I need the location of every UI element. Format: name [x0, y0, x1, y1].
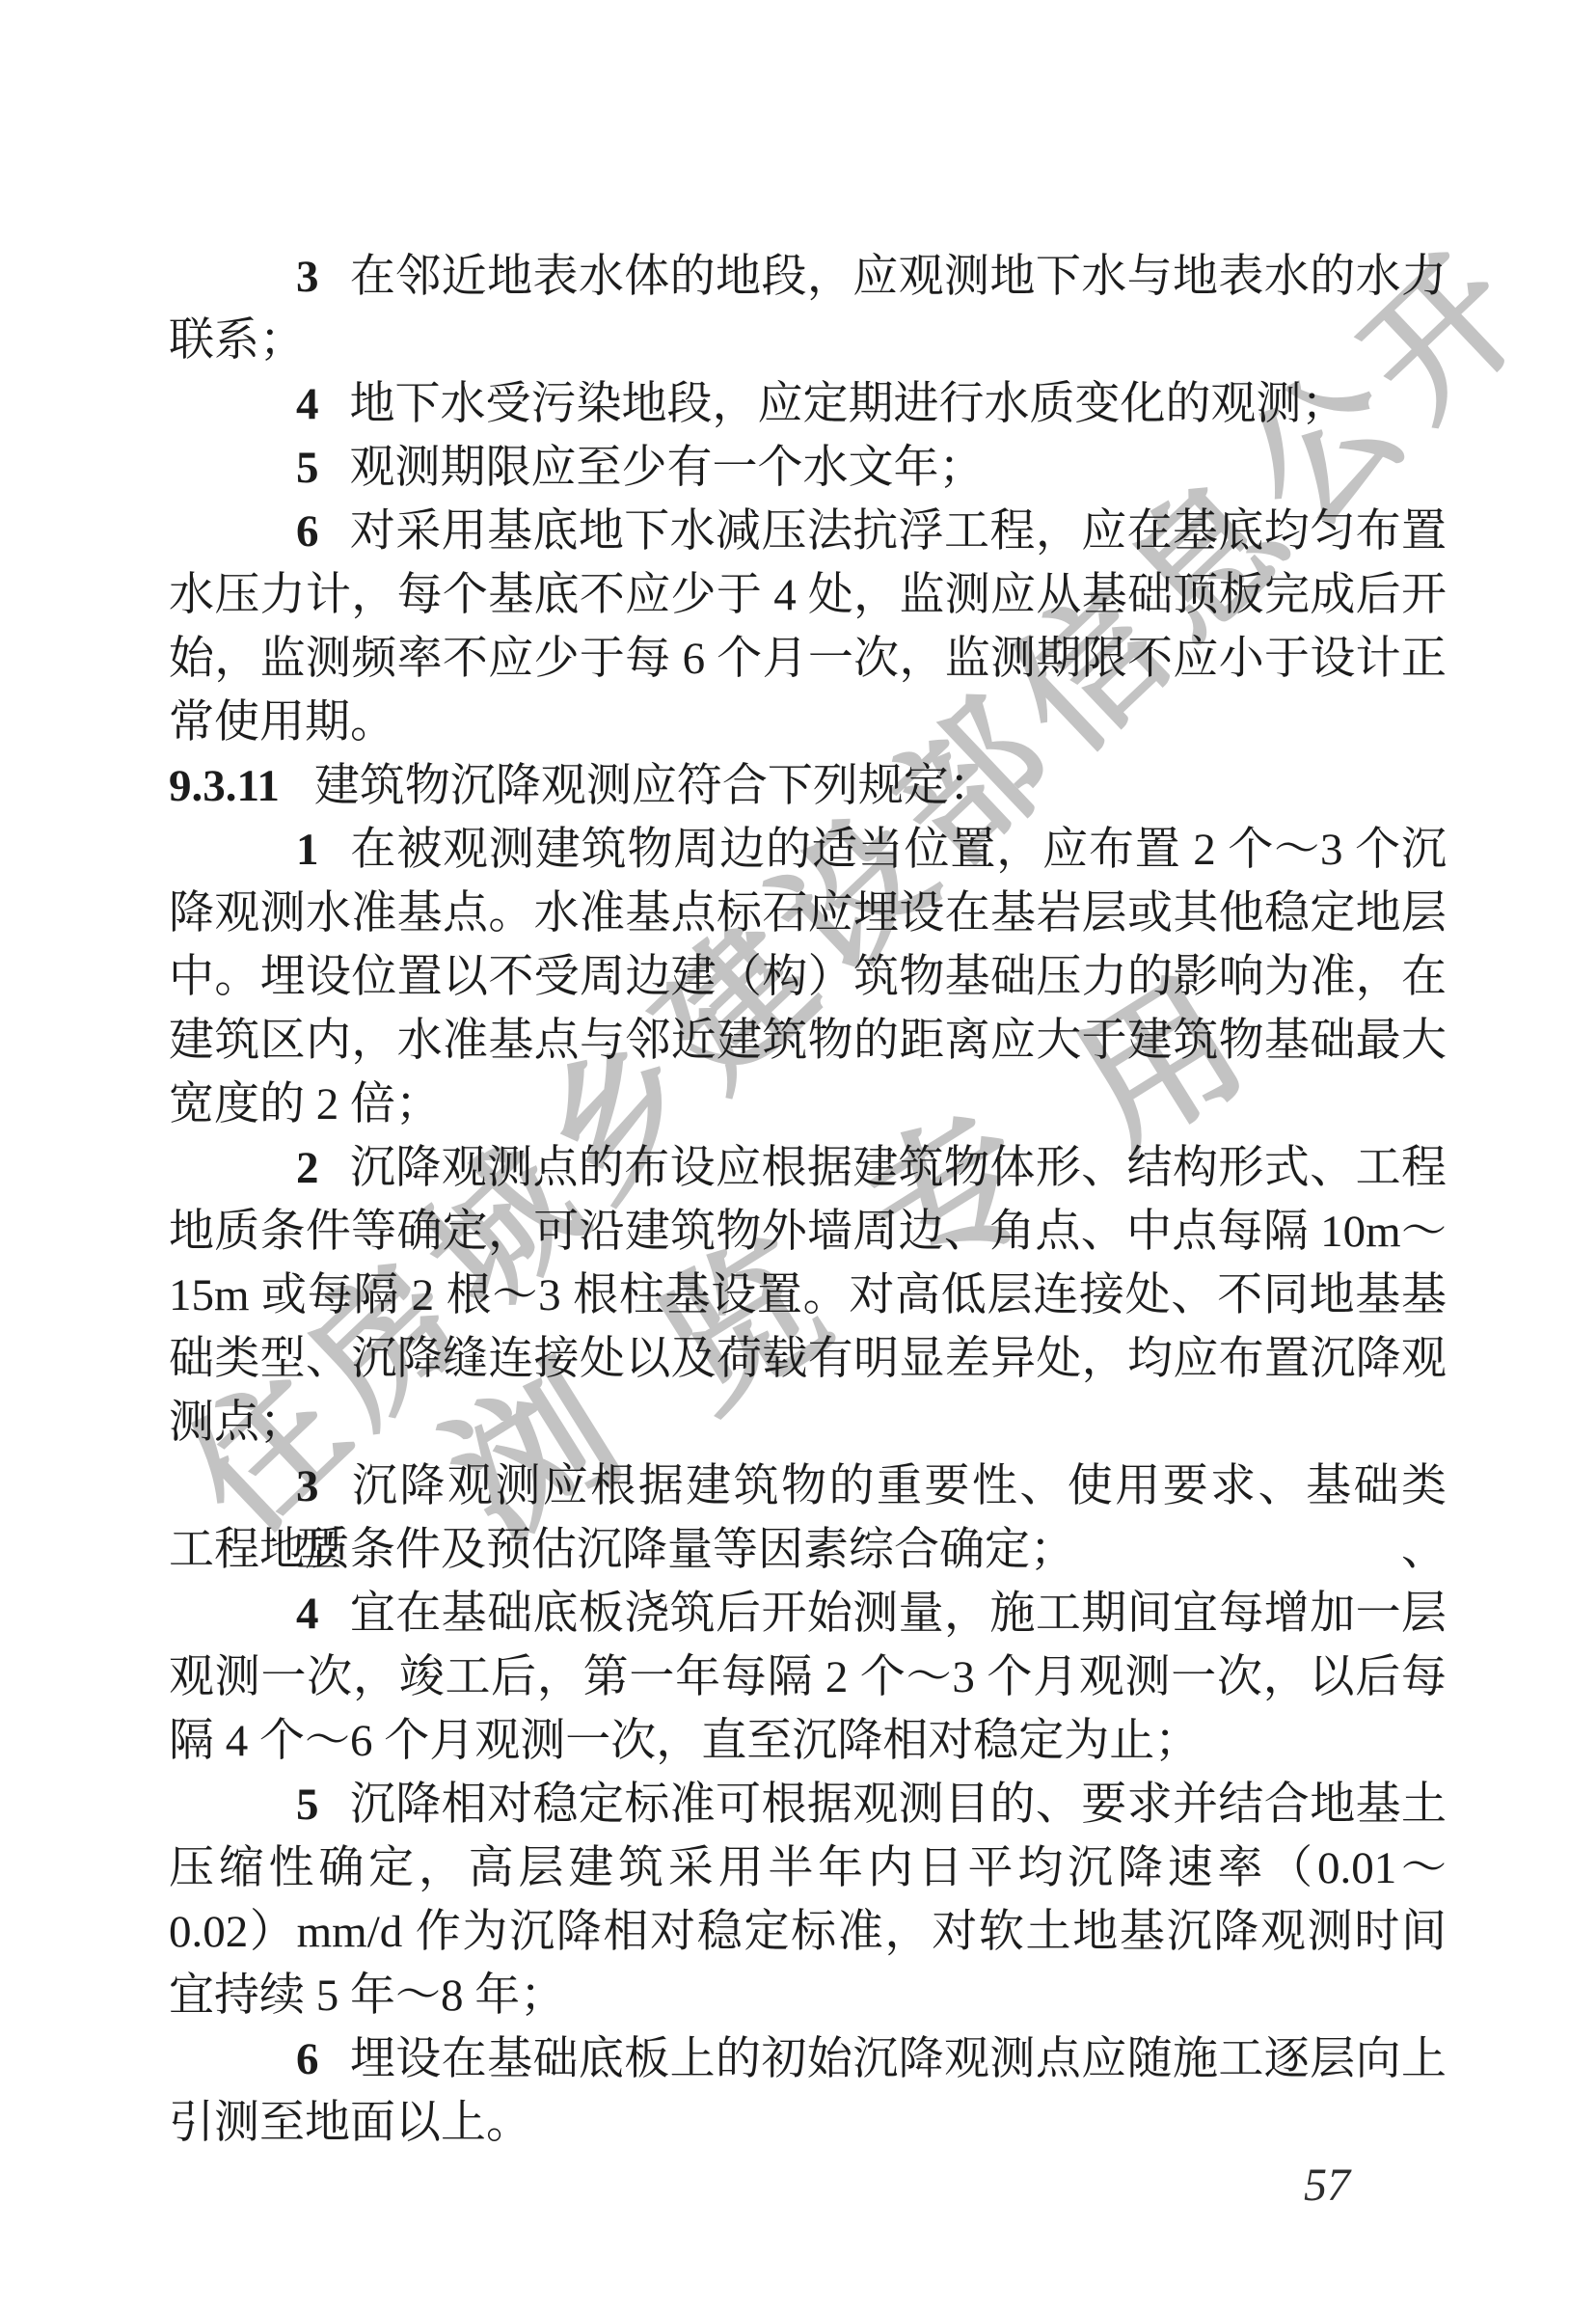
item-number: 2 — [296, 1143, 319, 1193]
item-number: 4 — [296, 379, 319, 429]
line-text: 在邻近地表水体的地段，应观测地下水与地表水的水力 — [350, 252, 1447, 302]
document-page: 住房城乡建设部信息公开 浏览专用 3在邻近地表水体的地段，应观测地下水与地表水的… — [0, 0, 1596, 2311]
line-text: 中。埋设位置以不受周边建（构）筑物基础压力的影响为准，在 — [169, 952, 1447, 1002]
line-text: 水压力计，每个基底不应少于 4 处，监测应从基础顶板完成后开 — [169, 570, 1447, 620]
text-line: 3在邻近地表水体的地段，应观测地下水与地表水的水力 — [169, 245, 1447, 309]
text-line: 3沉降观测应根据建筑物的重要性、使用要求、基础类型、 — [169, 1455, 1447, 1518]
line-text: 观测期限应至少有一个水文年； — [350, 443, 985, 493]
text-line: 9.3.11建筑物沉降观测应符合下列规定： — [169, 754, 1447, 818]
text-line: 测点； — [169, 1391, 1447, 1455]
line-text: 宜持续 5 年～8 年； — [169, 1971, 565, 2021]
line-text: 隔 4 个～6 个月观测一次，直至沉降相对稳定为止； — [169, 1716, 1200, 1766]
line-text: 埋设在基础底板上的初始沉降观测点应随施工逐层向上 — [350, 2034, 1447, 2084]
text-line: 地质条件等确定，可沿建筑物外墙周边、角点、中点每隔 10m～ — [169, 1200, 1447, 1264]
item-number: 6 — [296, 2034, 319, 2084]
clause-number: 9.3.11 — [169, 761, 280, 811]
text-line: 宜持续 5 年～8 年； — [169, 1964, 1447, 2027]
text-line: 础类型、沉降缝连接处以及荷载有明显差异处，均应布置沉降观 — [169, 1327, 1447, 1391]
text-line: 引测至地面以上。 — [169, 2091, 1447, 2155]
line-text: 引测至地面以上。 — [169, 2098, 531, 2148]
line-text: 0.02）mm/d 作为沉降相对稳定标准，对软土地基沉降观测时间 — [169, 1907, 1447, 1957]
text-line: 1在被观测建筑物周边的适当位置，应布置 2 个～3 个沉 — [169, 818, 1447, 882]
text-line: 5沉降相对稳定标准可根据观测目的、要求并结合地基土 — [169, 1773, 1447, 1836]
line-text: 础类型、沉降缝连接处以及荷载有明显差异处，均应布置沉降观 — [169, 1334, 1447, 1384]
item-number: 6 — [296, 506, 319, 557]
text-line: 6埋设在基础底板上的初始沉降观测点应随施工逐层向上 — [169, 2027, 1447, 2091]
line-text: 建筑物沉降观测应符合下列规定： — [314, 761, 994, 811]
line-text: 工程地质条件及预估沉降量等因素综合确定； — [169, 1525, 1075, 1575]
text-line: 宽度的 2 倍； — [169, 1073, 1447, 1136]
line-text: 联系； — [169, 315, 305, 366]
line-text: 沉降相对稳定标准可根据观测目的、要求并结合地基土 — [350, 1780, 1447, 1830]
text-line: 联系； — [169, 309, 1447, 372]
line-text: 测点； — [169, 1398, 305, 1448]
text-line: 压缩性确定，高层建筑采用半年内日平均沉降速率（0.01～ — [169, 1836, 1447, 1900]
text-line: 15m 或每隔 2 根～3 根柱基设置。对高低层连接处、不同地基基 — [169, 1264, 1447, 1327]
item-number: 3 — [296, 252, 319, 302]
text-line: 隔 4 个～6 个月观测一次，直至沉降相对稳定为止； — [169, 1709, 1447, 1773]
item-number: 3 — [296, 1461, 319, 1511]
item-number: 5 — [296, 443, 319, 493]
text-line: 4地下水受污染地段，应定期进行水质变化的观测； — [169, 372, 1447, 436]
text-line: 中。埋设位置以不受周边建（构）筑物基础压力的影响为准，在 — [169, 945, 1447, 1009]
line-text: 宜在基础底板浇筑后开始测量，施工期间宜每增加一层 — [350, 1589, 1447, 1639]
text-line: 水压力计，每个基底不应少于 4 处，监测应从基础顶板完成后开 — [169, 563, 1447, 627]
line-text: 观测一次，竣工后，第一年每隔 2 个～3 个月观测一次，以后每 — [169, 1652, 1447, 1702]
text-line: 降观测水准基点。水准基点标石应埋设在基岩层或其他稳定地层 — [169, 882, 1447, 945]
item-number: 5 — [296, 1780, 319, 1830]
text-line: 建筑区内，水准基点与邻近建筑物的距离应大于建筑物基础最大 — [169, 1009, 1447, 1073]
line-text: 在被观测建筑物周边的适当位置，应布置 2 个～3 个沉 — [350, 825, 1447, 875]
text-line: 2沉降观测点的布设应根据建筑物体形、结构形式、工程 — [169, 1136, 1447, 1200]
line-text: 压缩性确定，高层建筑采用半年内日平均沉降速率（0.01～ — [169, 1843, 1447, 1893]
line-text: 地质条件等确定，可沿建筑物外墙周边、角点、中点每隔 10m～ — [169, 1207, 1447, 1257]
body-text-block: 3在邻近地表水体的地段，应观测地下水与地表水的水力联系；4地下水受污染地段，应定… — [169, 245, 1447, 2155]
line-text: 15m 或每隔 2 根～3 根柱基设置。对高低层连接处、不同地基基 — [169, 1270, 1447, 1320]
page-number: 57 — [1304, 2159, 1350, 2212]
line-text: 宽度的 2 倍； — [169, 1079, 441, 1129]
line-text: 对采用基底地下水减压法抗浮工程，应在基底均匀布置 — [350, 506, 1447, 557]
text-line: 始，监测频率不应少于每 6 个月一次，监测期限不应小于设计正 — [169, 627, 1447, 691]
item-number: 4 — [296, 1589, 319, 1639]
line-text: 地下水受污染地段，应定期进行水质变化的观测； — [350, 379, 1347, 429]
line-text: 常使用期。 — [169, 697, 395, 748]
text-line: 观测一次，竣工后，第一年每隔 2 个～3 个月观测一次，以后每 — [169, 1645, 1447, 1709]
item-number: 1 — [296, 825, 319, 875]
line-text: 降观测水准基点。水准基点标石应埋设在基岩层或其他稳定地层 — [169, 888, 1447, 938]
text-line: 4宜在基础底板浇筑后开始测量，施工期间宜每增加一层 — [169, 1582, 1447, 1645]
line-text: 建筑区内，水准基点与邻近建筑物的距离应大于建筑物基础最大 — [169, 1016, 1447, 1066]
text-line: 6对采用基底地下水减压法抗浮工程，应在基底均匀布置 — [169, 500, 1447, 563]
line-text: 沉降观测点的布设应根据建筑物体形、结构形式、工程 — [350, 1143, 1447, 1193]
text-line: 常使用期。 — [169, 691, 1447, 754]
text-line: 0.02）mm/d 作为沉降相对稳定标准，对软土地基沉降观测时间 — [169, 1900, 1447, 1964]
line-text: 始，监测频率不应少于每 6 个月一次，监测期限不应小于设计正 — [169, 634, 1447, 684]
text-line: 5观测期限应至少有一个水文年； — [169, 436, 1447, 500]
